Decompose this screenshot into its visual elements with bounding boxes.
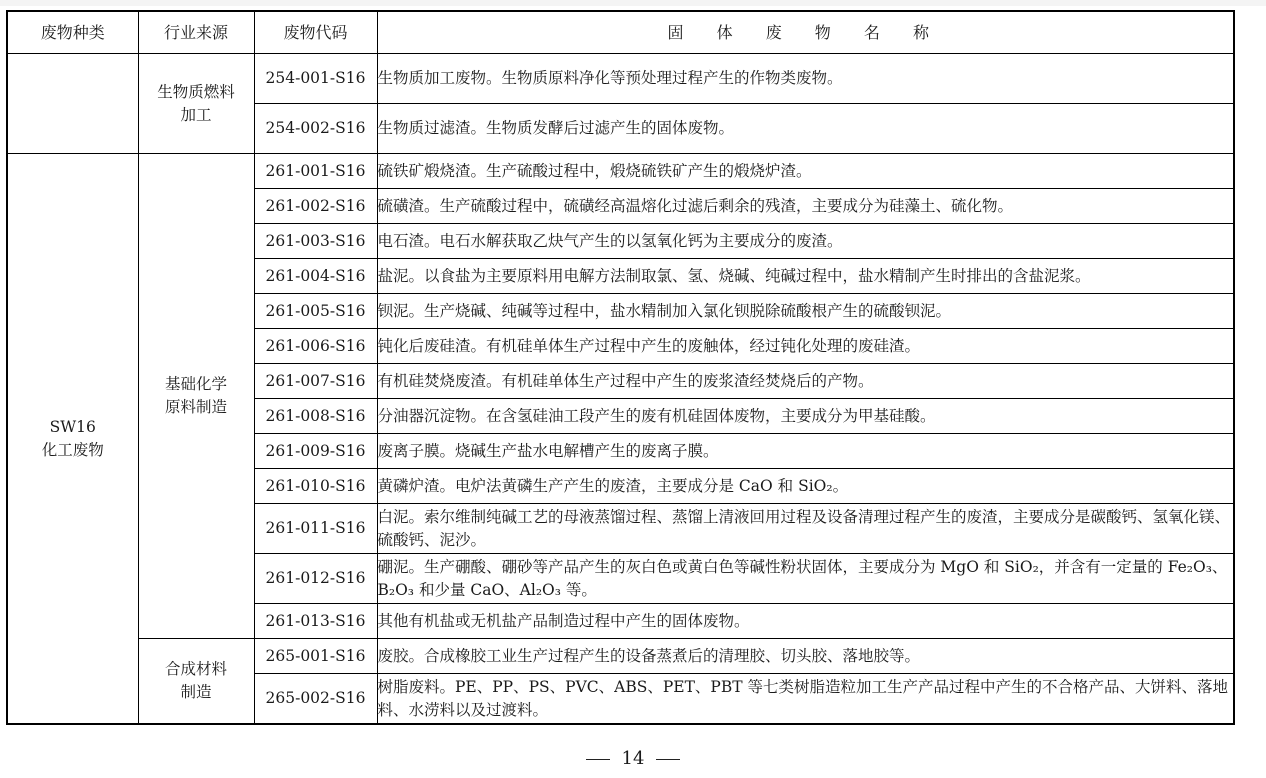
table-row: SW16 化工废物 基础化学 原料制造 261-001-S16 硫铁矿煅烧渣。生… [7,154,1234,189]
waste-code: 261-006-S16 [254,329,377,364]
table-row: 生物质燃料 加工 254-001-S16 生物质加工废物。生物质原料净化等预处理… [7,54,1234,104]
waste-description: 电石渣。电石水解获取乙炔气产生的以氢氧化钙为主要成分的废渣。 [377,224,1234,259]
waste-code: 261-013-S16 [254,604,377,639]
waste-description: 钝化后废硅渣。有机硅单体生产过程中产生的废触体，经过钝化处理的废硅渣。 [377,329,1234,364]
waste-code: 261-011-S16 [254,504,377,554]
table-row: 合成材料 制造 265-001-S16 废胶。合成橡胶工业生产过程产生的设备蒸煮… [7,639,1234,674]
waste-description: 硫磺渣。生产硫酸过程中，硫磺经高温熔化过滤后剩余的残渣，主要成分为硅藻土、硫化物… [377,189,1234,224]
waste-code: 261-010-S16 [254,469,377,504]
page-top-margin [0,0,1266,6]
category-cell-sw16: SW16 化工废物 [7,154,138,725]
waste-description: 钡泥。生产烧碱、纯碱等过程中，盐水精制加入氯化钡脱除硫酸根产生的硫酸钡泥。 [377,294,1234,329]
waste-description: 硼泥。生产硼酸、硼砂等产品产生的灰白色或黄白色等碱性粉状固体，主要成分为 MgO… [377,554,1234,604]
waste-description: 废胶。合成橡胶工业生产过程产生的设备蒸煮后的清理胶、切头胶、落地胶等。 [377,639,1234,674]
waste-code: 261-009-S16 [254,434,377,469]
header-waste-code: 废物代码 [254,11,377,54]
waste-description: 白泥。索尔维制纯碱工艺的母液蒸馏过程、蒸馏上清液回用过程及设备清理过程产生的废渣… [377,504,1234,554]
waste-code: 261-004-S16 [254,259,377,294]
waste-code: 261-012-S16 [254,554,377,604]
waste-code: 261-001-S16 [254,154,377,189]
source-cell-biomass: 生物质燃料 加工 [138,54,254,154]
header-industry-source: 行业来源 [138,11,254,54]
source-cell-synthetic-materials: 合成材料 制造 [138,639,254,725]
category-cell-empty [7,54,138,154]
table-header-row: 废物种类 行业来源 废物代码 固 体 废 物 名 称 [7,11,1234,54]
waste-code: 265-001-S16 [254,639,377,674]
waste-description: 黄磷炉渣。电炉法黄磷生产产生的废渣，主要成分是 CaO 和 SiO₂。 [377,469,1234,504]
header-waste-name: 固 体 废 物 名 称 [377,11,1234,54]
waste-code: 261-002-S16 [254,189,377,224]
waste-description: 生物质过滤渣。生物质发酵后过滤产生的固体废物。 [377,104,1234,154]
waste-description: 硫铁矿煅烧渣。生产硫酸过程中，煅烧硫铁矿产生的煅烧炉渣。 [377,154,1234,189]
dash-right [656,759,680,760]
waste-code: 254-001-S16 [254,54,377,104]
solid-waste-table: 废物种类 行业来源 废物代码 固 体 废 物 名 称 生物质燃料 加工 254-… [6,10,1235,725]
page-number: 14 [622,748,645,769]
waste-description: 生物质加工废物。生物质原料净化等预处理过程产生的作物类废物。 [377,54,1234,104]
waste-code: 261-003-S16 [254,224,377,259]
waste-code: 261-007-S16 [254,364,377,399]
waste-description: 分油器沉淀物。在含氢硅油工段产生的废有机硅固体废物，主要成分为甲基硅酸。 [377,399,1234,434]
waste-code: 254-002-S16 [254,104,377,154]
waste-code: 261-005-S16 [254,294,377,329]
source-cell-basic-chemicals: 基础化学 原料制造 [138,154,254,639]
header-waste-category: 废物种类 [7,11,138,54]
waste-code: 265-002-S16 [254,674,377,725]
waste-description: 废离子膜。烧碱生产盐水电解槽产生的废离子膜。 [377,434,1234,469]
waste-description: 有机硅焚烧废渣。有机硅单体生产过程中产生的废浆渣经焚烧后的产物。 [377,364,1234,399]
waste-code: 261-008-S16 [254,399,377,434]
dash-left [586,759,610,760]
waste-description: 树脂废料。PE、PP、PS、PVC、ABS、PET、PBT 等七类树脂造粒加工生… [377,674,1234,725]
page-footer: 14 [0,748,1266,769]
waste-description: 其他有机盐或无机盐产品制造过程中产生的固体废物。 [377,604,1234,639]
waste-description: 盐泥。以食盐为主要原料用电解方法制取氯、氢、烧碱、纯碱过程中，盐水精制产生时排出… [377,259,1234,294]
